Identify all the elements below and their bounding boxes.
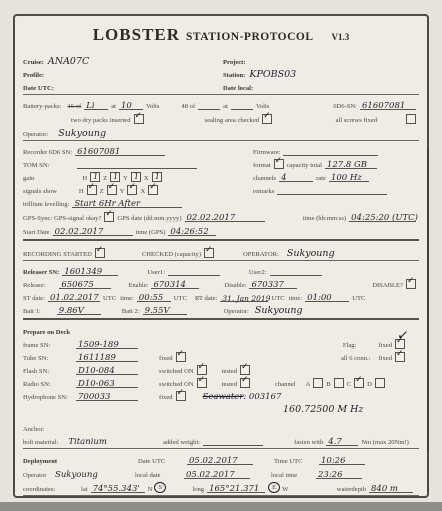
checkbox-conn-fixed[interactable]: ✓ [395,352,405,362]
flag-fixed-label: fixed [378,342,392,349]
checkbox-signal-h[interactable]: ✓ [87,185,97,195]
releaser-section: Releaser SN: 1601349 User1: User2: Relea… [23,263,419,315]
gain-value: 1 [93,172,98,181]
recording-operator-value: Sukyoung [287,249,335,259]
hydro-extra-value: : 003167 [243,393,281,402]
radio-frequency-value: 160.72500 M Hz [283,405,363,415]
check-icon: ✓ [128,182,136,192]
deploy-date-utc-value: 05.02.2017 [189,457,238,466]
gps-date-field: 02.02.2017 [185,211,265,222]
conn-fixed-label: fixed [378,355,392,362]
channels-value: 4 [281,174,286,183]
axis-h-label: H [79,188,84,195]
6d6-sn-value: 61607081 [362,102,405,111]
local-time-field: 23:26 [316,468,362,479]
battery-operator-value: Sukyoung [58,129,106,139]
utc-label: UTC [103,295,116,302]
checkbox-channel-b[interactable] [334,378,344,388]
tube-sn-field: 1611189 [76,351,138,362]
recording-operator-label: OPERATOR: [243,251,279,258]
utc-label: UTC [174,295,187,302]
batt1-value: 9.86V [59,307,84,316]
check-icon: ✓ [263,111,271,121]
releaser-sn-value: 1601349 [64,268,102,277]
tom-sn-label: TOM SN: [23,162,49,169]
fasten-value: 4.7 [328,438,342,447]
weight-field [203,435,263,446]
rt-time-value: 01:00 [307,294,332,303]
lat-label: lat [81,486,88,493]
anchor-label: Anchor: [23,426,45,433]
axis-y-label: Y [120,188,125,195]
gps-time-value: 04:25:20 (UTC) [351,214,418,223]
rt-date-field: 31. Jan 2019 [220,291,268,302]
deploy-time-utc-field: 10:26 [319,454,365,465]
bolt-value: Titanium [68,438,107,447]
start-date-field: 02.02.2017 [53,225,133,236]
flash-tested-label: tested [222,368,237,375]
radio-sn-label: Radio SN: [23,381,73,388]
rt-date-value: 31. Jan 2019 [222,295,270,303]
station-value: KPOBS03 [249,70,296,80]
checkbox-flash-tested[interactable]: ✓ [240,365,250,375]
check-icon: ✓ [198,375,206,385]
trillium-label: trillium levelling: [23,201,69,208]
frame-sn-value: 1509-189 [78,341,119,350]
releaser-sn-field: 1601349 [62,265,118,276]
long-w-label: W [282,486,288,493]
checkbox-signal-x[interactable]: ✓ [148,185,158,195]
checkbox-tube-fixed[interactable]: ✓ [176,352,186,362]
check-icon: ✓ [149,182,157,192]
enable-label: Enable: [128,282,148,289]
checkbox-gain-y[interactable]: 1 [131,172,141,182]
checkbox-gain-x[interactable]: 1 [152,172,162,182]
axis-z-label: Z [100,188,104,195]
rt-time-label: time: [289,295,303,302]
remarks-label: remarks [253,188,274,195]
checkbox-channel-c[interactable]: ✓ [354,378,364,388]
st-date-value: 01.02.2017 [50,294,99,303]
cruise-label: Cruise: [23,59,44,66]
title-version: V1.3 [332,32,350,42]
hydro-struck-word: Seawater [203,393,244,402]
battery-volts1-unit: Volts [146,103,159,110]
check-icon: ✓ [177,388,185,398]
long-value: 165°21.371 [209,485,259,494]
checkbox-flash-on[interactable]: ✓ [197,365,207,375]
battery-at1-label: at [111,103,116,110]
sealing-label: sealing area checked [205,117,260,124]
divider [23,495,419,496]
disable-value: 670337 [251,281,283,290]
gain-value: 1 [134,172,139,181]
battery-count1-struck: 16 of [67,103,81,110]
scan-edge-artifact [427,150,429,450]
battery-type2-field [198,99,220,110]
waterdepth-label: waterdepth [337,486,366,493]
local-date-label: local date [135,472,181,479]
deploy-date-utc-label: Date UTC [138,458,184,465]
user1-field [168,265,220,276]
axis-z-label: Z [103,175,107,182]
gps-time-field: 04:25:20 (UTC) [349,211,416,222]
releaser-operator-value: Sukyoung [255,306,303,316]
battery-volts2-field [231,99,253,110]
date-utc-label: Date UTC: [23,85,54,92]
batt2-value: 9.55V [145,307,170,316]
radio-switched-label: switched ON [159,381,194,388]
screws-label: all screws fixed [336,117,377,124]
recorder-sn-value: 61607081 [77,148,120,157]
capacity-field: 127.8 GB [325,158,377,169]
hydro-sn-value: 700033 [78,393,110,402]
divider-heavy [23,318,419,320]
channels-label: channels [253,175,276,182]
gps-date-value: 02.02.2017 [187,214,236,223]
checkbox-gain-h[interactable]: 1 [90,172,100,182]
checkbox-dry-packs[interactable]: ✓ [134,114,144,124]
divider-heavy [23,239,419,241]
checkbox-screws[interactable] [406,114,416,124]
tube-sn-value: 1611189 [78,354,116,363]
local-time-value: 23:26 [318,471,343,480]
lat-value: 74°55.343' [93,485,140,494]
cruise-value: ANA07C [48,57,89,67]
long-field: 165°21.371 [207,482,265,493]
firmware-field [283,145,378,156]
long-e-circled: E [268,482,280,493]
station-label: Station: [223,72,245,79]
tube-sn-label: Tube SN: [23,355,73,362]
checkbox-radio-on[interactable]: ✓ [197,378,207,388]
flag-big-check-icon: ✓ [396,327,410,344]
enable-value: 670314 [153,281,185,290]
check-icon: ✓ [108,182,116,192]
st-date-field: 01.02.2017 [48,291,100,302]
user1-label: User1: [147,269,165,276]
long-label: long [192,486,204,493]
checkbox-signal-z[interactable]: ✓ [107,185,117,195]
utc-label: UTC [352,295,365,302]
divider [23,140,419,141]
recorder-sn-label: Recorder 6D6 SN: [23,149,72,156]
battery-type-field: Li [84,99,108,110]
check-icon: ✓ [205,245,213,255]
check-icon: ✓ [135,111,143,121]
check-icon: ✓ [241,362,249,372]
rate-value: 100 Hz [331,174,362,183]
batt2-label: Batt 2: [122,308,140,315]
date-local-label: Date local: [223,85,253,92]
prepare-section: Prepare on Deck frame SN: 1509-189 Flag:… [23,323,419,446]
deployment-title: Deployment [23,458,138,465]
scanned-page: LOBSTER STATION-PROTOCOL V1.3 Cruise: AN… [0,0,442,511]
battery-volts1-field: 10 [119,99,143,110]
recording-started-label: RECORDING STARTED [23,251,92,258]
profile-label: Profile: [23,72,44,79]
radio-tested-label: tested [222,381,237,388]
gps-time-label: time (hh:mm:ss) [303,215,346,222]
signals-label: signals show [23,188,57,195]
waterdepth-value: 840 m [371,485,398,494]
remarks-field [277,184,387,195]
axis-x-label: X [140,188,145,195]
check-icon: ✓ [355,375,363,385]
checkbox-capacity-checked[interactable]: ✓ [204,248,214,258]
disable-label: Disable: [224,282,246,289]
check-icon: ✓ [96,245,104,255]
st-time-value: 00:55 [139,294,164,303]
title-sub: STATION-PROTOCOL [186,31,314,43]
start-time-field: 04:26:52 [168,225,216,236]
frame-sn-label: frame SN: [23,342,73,349]
channels-field: 4 [279,171,313,182]
batt1-label: Batt 1: [23,308,41,315]
axis-y-label: Y [123,175,128,182]
capacity-label: capacity total [287,162,322,169]
start-time-label: time (GPS) [136,229,166,236]
local-time-label: local time [271,472,313,479]
batt1-field: 9.86V [57,304,101,315]
check-icon: ✓ [241,375,249,385]
firmware-label: Firmware: [253,149,280,156]
checkbox-disable[interactable]: ✓ [406,279,416,289]
title-main: LOBSTER [93,25,180,45]
release-field: 650675 [59,278,111,289]
rt-date-label: RT date: [195,295,217,302]
check-icon: ✓ [105,209,113,219]
deploy-operator-label: Operator [23,472,55,479]
prepare-title: Prepare on Deck [23,329,70,336]
checkbox-sealing[interactable]: ✓ [262,114,272,124]
deploy-time-utc-value: 10:26 [321,457,346,466]
st-date-label: ST date: [23,295,45,302]
enable-field: 670314 [151,278,199,289]
waterdepth-field: 840 m [369,482,413,493]
release-label: Release: [23,282,45,289]
checkbox-gps-okay[interactable]: ✓ [104,212,114,222]
format-label: format [253,162,271,169]
local-date-value: 05.02.2017 [186,471,235,480]
start-date-label: Start Date [23,229,50,236]
st-time-field: 00:55 [137,291,171,302]
divider [23,260,419,261]
rate-field: 100 Hz [329,171,369,182]
checkbox-hydro-fixed[interactable]: ✓ [176,391,186,401]
gain-value: 1 [155,172,160,181]
local-date-field: 05.02.2017 [184,468,250,479]
recorder-section: Recorder 6D6 SN: 61607081 TOM SN: gain H… [23,143,419,236]
disable-field: 670337 [249,278,297,289]
flash-sn-value: D10-084 [78,367,115,376]
fasten-unit-label: Nm (max 20Nm!) [361,439,409,446]
radio-sn-value: D10-063 [78,380,115,389]
weight-label: added weight: [163,439,200,446]
trillium-value: Start 6Hr After [74,200,140,209]
divider [23,94,419,95]
fasten-field: 4.7 [326,435,358,446]
channel-label: channel [275,381,296,388]
channel-a-label: A [306,381,311,388]
check-icon: ✓ [88,182,96,192]
dry-packs-label: two dry packs inserted [71,117,131,124]
frame-sn-field: 1509-189 [76,338,138,349]
recorder-sn-field: 61607081 [75,145,165,156]
release-value: 650675 [61,281,93,290]
checkbox-channel-a[interactable] [313,378,323,388]
radio-sn-field: D10-063 [76,377,138,388]
fasten-label: fasten with [294,439,323,446]
hydro-sn-field: 700033 [76,390,138,401]
recording-section: RECORDING STARTED ✓ CHECKED (capacity) ✓… [23,244,419,258]
battery-count2: 48 of [181,103,195,110]
check-icon: ✓ [407,276,415,286]
checkbox-channel-d[interactable] [375,378,385,388]
checkbox-recording-started[interactable]: ✓ [95,248,105,258]
tom-sn-field [77,158,197,169]
rt-time-field: 01:00 [305,291,349,302]
trillium-field: Start 6Hr After [72,197,182,208]
axis-x-label: X [144,175,149,182]
user2-field [270,265,322,276]
battery-volts2-unit: Volts [256,103,269,110]
lat-n-label: N [148,486,153,493]
battery-volts1-value: 10 [121,102,132,111]
gps-sync-label: GPS-Sync: GPS-signal okay? [23,215,101,222]
battery-label: Battery-packs: [23,103,61,110]
info-section: Cruise: ANA07C Profile: Date UTC: Projec… [23,53,419,92]
capacity-value: 127.8 GB [327,161,367,170]
checkbox-gain-z[interactable]: 1 [110,172,120,182]
battery-operator-label: Operator: [23,131,48,138]
st-time-label: time: [120,295,134,302]
check-icon: ✓ [198,362,206,372]
check-icon: ✓ [177,349,185,359]
channel-c-label: C [347,381,351,388]
conn-label: all 6 conn.: [341,355,370,362]
coordinates-label: coordinates: [23,486,67,493]
start-date-value: 02.02.2017 [55,228,104,237]
divider [23,448,419,449]
disable-q-label: DISABLE? [372,282,403,289]
lat-field: 74°55.343' [91,482,145,493]
utc-label: UTC [271,295,284,302]
lat-s-circled: S [154,482,166,493]
gps-date-label: GPS date (dd.mm.yyyy) [117,215,181,222]
battery-type-value: Li [86,102,94,111]
deploy-operator-value: Sukyoung [55,471,135,480]
deploy-date-utc-field: 05.02.2017 [187,454,253,465]
checked-capacity-label: CHECKED (capacity) [142,251,201,258]
6d6-sn-field: 61607081 [360,99,416,110]
flash-sn-label: Flash SN: [23,368,73,375]
flag-label: Flag: [343,342,357,349]
scan-bottom-shadow [0,502,442,511]
gain-value: 1 [113,172,118,181]
gain-label: gain [23,175,34,182]
check-icon: ✓ [396,349,404,359]
tube-fixed-label: fixed [159,355,173,362]
form-frame: LOBSTER STATION-PROTOCOL V1.3 Cruise: AN… [13,14,429,498]
flash-switched-label: switched ON [159,368,194,375]
batt2-field: 9.55V [143,304,187,315]
user2-label: User2: [249,269,267,276]
bolt-label: bolt material: [23,439,58,446]
checkbox-radio-tested[interactable]: ✓ [240,378,250,388]
deploy-time-utc-label: Time UTC [274,458,316,465]
hydro-fixed-label: fixed [159,394,173,401]
check-icon: ✓ [275,156,283,166]
checkbox-flag-fixed[interactable]: ✓✓ [395,339,405,349]
axis-h-label: H [82,175,87,182]
checkbox-signal-y[interactable]: ✓ [127,185,137,195]
rate-label: rate [316,175,326,182]
deployment-section: Deployment Date UTC 05.02.2017 Time UTC … [23,451,419,493]
flash-sn-field: D10-084 [76,364,138,375]
hydro-sn-label: Hydrophone SN: [23,394,73,401]
battery-at2-label: at [223,103,228,110]
6d6-sn-label: 6D6-SN: [333,103,357,110]
project-label: Project: [223,59,246,66]
channel-d-label: D [367,381,372,388]
releaser-operator-label: Operator: [224,308,249,315]
form-title: LOBSTER STATION-PROTOCOL V1.3 [23,25,419,45]
checkbox-format[interactable]: ✓ [274,159,284,169]
channel-b-label: B [326,381,330,388]
releaser-sn-label: Releaser SN: [23,269,59,276]
start-time-value: 04:26:52 [170,228,208,237]
battery-section: Battery-packs: 16 of Li at 10 Volts 48 o… [23,97,419,138]
